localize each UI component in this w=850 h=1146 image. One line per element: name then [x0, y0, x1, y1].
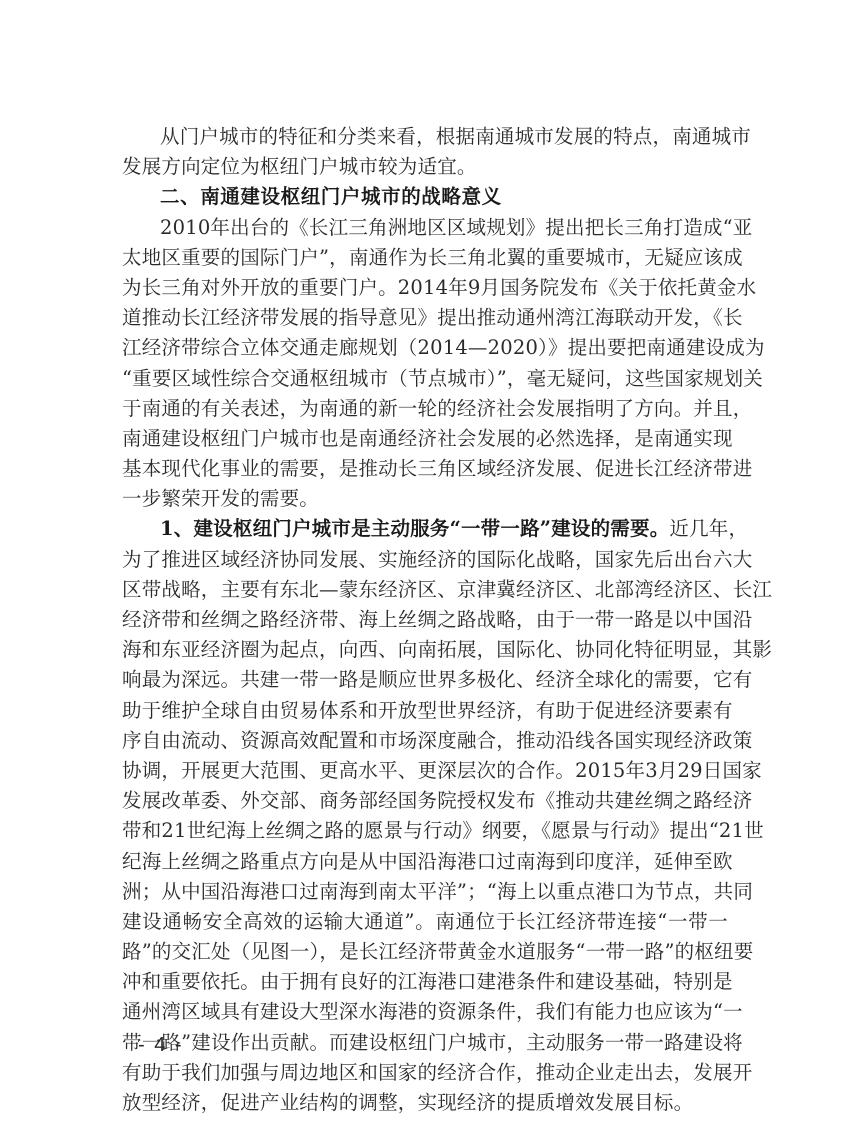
- text-line: 为了推进区域经济协同发展、实施经济的国际化战略，国家先后出台六大: [122, 545, 728, 575]
- text-line: 于南通的有关表述，为南通的新一轮的经济社会发展指明了方向。并且，: [122, 394, 728, 424]
- text-line: 区带战略，主要有东北—蒙东经济区、京津冀经济区、北部湾经济区、长江: [122, 575, 728, 605]
- text-line-with-lead: 1、建设枢纽门户城市是主动服务“一带一路”建设的需要。近几年，: [122, 514, 728, 544]
- text-line: 南通建设枢纽门户城市也是南通经济社会发展的必然选择，是南通实现: [122, 424, 728, 454]
- text-line: 协调，开展更大范围、更高水平、更深层次的合作。2015年3月29日国家: [122, 756, 728, 786]
- text-line: 2010年出台的《长江三角洲地区区域规划》提出把长三角打造成“亚: [122, 213, 728, 243]
- text-line: 助于维护全球自由贸易体系和开放型世界经济，有助于促进经济要素有: [122, 696, 728, 726]
- text-line: 一步繁荣开发的需要。: [122, 484, 728, 514]
- text-line: 带和21世纪海上丝绸之路的愿景与行动》纲要，《愿景与行动》提出“21世: [122, 816, 728, 846]
- document-page: 从门户城市的特征和分类来看，根据南通城市发展的特点，南通城市 发展方向定位为枢纽…: [122, 122, 728, 1118]
- text-line: 基本现代化事业的需要，是推动长三角区域经济发展、促进长江经济带进: [122, 454, 728, 484]
- lead-continuation: 近几年，: [669, 517, 748, 540]
- text-line: 通州湾区域具有建设大型深水海港的资源条件，我们有能力也应该为“一: [122, 997, 728, 1027]
- text-line: 江经济带综合立体交通走廊规划（2014—2020）》提出要把南通建设成为: [122, 333, 728, 363]
- text-line: 有助于我们加强与周边地区和国家的经济合作，推动企业走出去，发展开: [122, 1058, 728, 1088]
- text-line: 太地区重要的国际门户”，南通作为长三角北翼的重要城市，无疑应该成: [122, 243, 728, 273]
- text-line: 路”的交汇处（见图一），是长江经济带黄金水道服务“一带一路”的枢纽要: [122, 937, 728, 967]
- text-line: 带一路”建设作出贡献。而建设枢纽门户城市，主动服务一带一路建设将: [122, 1028, 728, 1058]
- text-line: “重要区域性综合交通枢纽城市（节点城市）”，毫无疑问，这些国家规划关: [122, 364, 728, 394]
- text-line: 洲；从中国沿海港口过南海到南太平洋”；“海上以重点港口为节点，共同: [122, 877, 728, 907]
- text-line: 序自由流动、资源高效配置和市场深度融合，推动沿线各国实现经济政策: [122, 726, 728, 756]
- text-line: 冲和重要依托。由于拥有良好的江海港口建港条件和建设基础，特别是: [122, 967, 728, 997]
- page-number: - 4 -: [138, 1034, 184, 1057]
- text-line: 海和东亚经济圈为起点，向西、向南拓展，国际化、协同化特征明显，其影: [122, 635, 728, 665]
- text-line: 道推动长江经济带发展的指导意见》提出推动通州湾江海联动开发，《长: [122, 303, 728, 333]
- text-line: 响最为深远。共建一带一路是顺应世界多极化、经济全球化的需要，它有: [122, 665, 728, 695]
- text-line: 从门户城市的特征和分类来看，根据南通城市发展的特点，南通城市: [122, 122, 728, 152]
- text-line: 发展方向定位为枢纽门户城市较为适宜。: [122, 152, 728, 182]
- text-line: 为长三角对外开放的重要门户。2014年9月国务院发布《关于依托黄金水: [122, 273, 728, 303]
- text-line: 放型经济，促进产业结构的调整，实现经济的提质增效发展目标。: [122, 1088, 728, 1118]
- text-line: 经济带和丝绸之路经济带、海上丝绸之路战略，由于一带一路是以中国沿: [122, 605, 728, 635]
- paragraph-lead-sentence: 1、建设枢纽门户城市是主动服务“一带一路”建设的需要。: [160, 517, 669, 540]
- text-line: 纪海上丝绸之路重点方向是从中国沿海港口过南海到印度洋，延伸至欧: [122, 847, 728, 877]
- section-heading: 二、南通建设枢纽门户城市的战略意义: [122, 182, 728, 212]
- text-line: 建设通畅安全高效的运输大通道”。南通位于长江经济带连接“一带一: [122, 907, 728, 937]
- text-line: 发展改革委、外交部、商务部经国务院授权发布《推动共建丝绸之路经济: [122, 786, 728, 816]
